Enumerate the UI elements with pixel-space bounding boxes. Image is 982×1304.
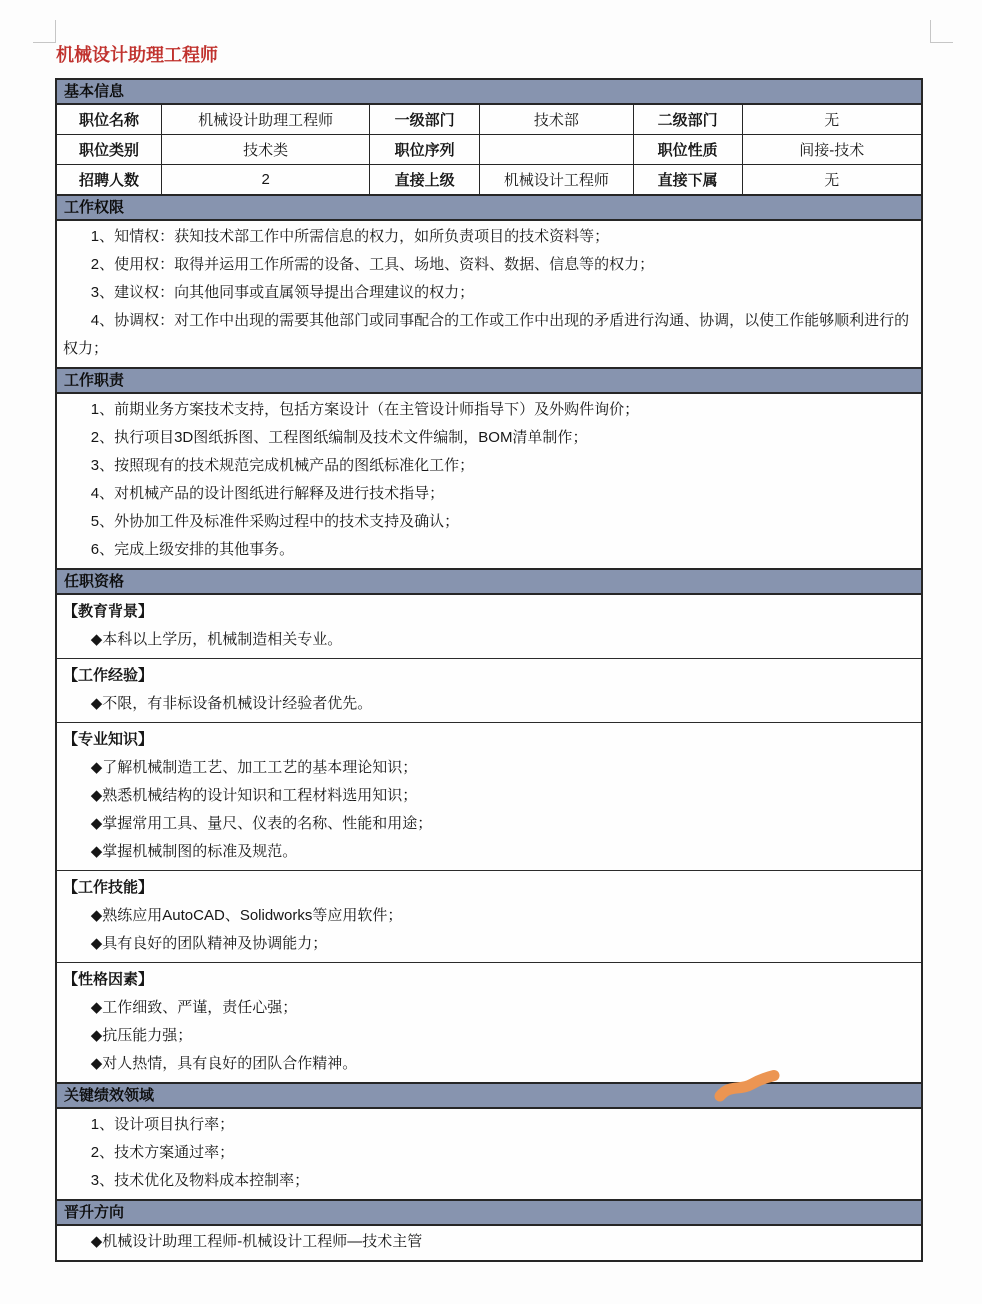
job-description-table: 基本信息 职位名称 机械设计助理工程师 一级部门 技术部 二级部门 无 职位类别…: [55, 78, 923, 1262]
section-header-kpi: 关键绩效领域: [57, 1082, 921, 1109]
duty-item: 6、完成上级安排的其他事务。: [63, 536, 915, 564]
duty-item: 1、前期业务方案技术支持，包括方案设计（在主管设计师指导下）及外购件询价；: [63, 396, 915, 424]
basic-info-table: 职位名称 机械设计助理工程师 一级部门 技术部 二级部门 无 职位类别 技术类 …: [57, 105, 921, 194]
cell-label-position-name: 职位名称: [57, 105, 162, 135]
diamond-bullet-icon: ◆: [91, 631, 103, 648]
cell-value-direct-subordinate: 无: [742, 165, 921, 195]
cell-value-position-category: 技术类: [162, 135, 370, 165]
section-header-basic-info: 基本信息: [57, 80, 921, 105]
diamond-bullet-icon: ◆: [91, 787, 103, 804]
qual-item: ◆工作细致、严谨，责任心强；: [63, 994, 915, 1022]
kpi-item: 1、设计项目执行率；: [63, 1111, 915, 1139]
authority-item: 3、建议权：向其他同事或直属领导提出合理建议的权力；: [63, 279, 915, 307]
diamond-bullet-icon: ◆: [91, 1055, 103, 1072]
qual-group-title: 【教育背景】: [63, 598, 915, 626]
cell-value-position-nature: 间接-技术: [742, 135, 921, 165]
duty-item: 5、外协加工件及标准件采购过程中的技术支持及确认；: [63, 508, 915, 536]
orange-highlight-marker-icon: [710, 1068, 784, 1106]
kpi-item: 2、技术方案通过率；: [63, 1139, 915, 1167]
job-duties-content: 1、前期业务方案技术支持，包括方案设计（在主管设计师指导下）及外购件询价； 2、…: [57, 394, 921, 568]
cell-value-level1-dept: 技术部: [479, 105, 633, 135]
duty-item: 2、执行项目3D图纸拆图、工程图纸编制及技术文件编制，BOM清单制作；: [63, 424, 915, 452]
promotion-item: ◆机械设计助理工程师-机械设计工程师—技术主管: [63, 1228, 915, 1256]
cell-value-position-sequence: [479, 135, 633, 165]
qual-group-title: 【专业知识】: [63, 726, 915, 754]
cell-value-level2-dept: 无: [742, 105, 921, 135]
cell-value-direct-superior: 机械设计工程师: [479, 165, 633, 195]
work-authority-content: 1、知情权：获知技术部工作中所需信息的权力，如所负责项目的技术资料等； 2、使用…: [57, 221, 921, 367]
table-row: 职位类别 技术类 职位序列 职位性质 间接-技术: [57, 135, 921, 165]
qual-block-knowledge: 【专业知识】 ◆了解机械制造工艺、加工工艺的基本理论知识； ◆熟悉机械结构的设计…: [57, 722, 921, 870]
qual-item-text: 对人热情，具有良好的团队合作精神。: [102, 1055, 357, 1072]
qual-group-title: 【工作经验】: [63, 662, 915, 690]
qual-block-experience: 【工作经验】 ◆不限，有非标设备机械设计经验者优先。: [57, 658, 921, 722]
cell-label-direct-superior: 直接上级: [370, 165, 480, 195]
cell-label-position-category: 职位类别: [57, 135, 162, 165]
qual-item-text: 了解机械制造工艺、加工工艺的基本理论知识；: [102, 759, 417, 776]
qual-block-education: 【教育背景】 ◆本科以上学历，机械制造相关专业。: [57, 595, 921, 658]
qual-item-text: 本科以上学历，机械制造相关专业。: [102, 631, 342, 648]
cell-label-headcount: 招聘人数: [57, 165, 162, 195]
qual-item: ◆掌握机械制图的标准及规范。: [63, 838, 915, 866]
diamond-bullet-icon: ◆: [91, 759, 103, 776]
diamond-bullet-icon: ◆: [91, 907, 103, 924]
qual-item-text: 掌握常用工具、量尺、仪表的名称、性能和用途；: [102, 815, 432, 832]
qual-item: ◆了解机械制造工艺、加工工艺的基本理论知识；: [63, 754, 915, 782]
promotion-item-text: 机械设计助理工程师-机械设计工程师—技术主管: [102, 1233, 422, 1250]
authority-item: 1、知情权：获知技术部工作中所需信息的权力，如所负责项目的技术资料等；: [63, 223, 915, 251]
qual-item-text: 熟悉机械结构的设计知识和工程材料选用知识；: [102, 787, 417, 804]
diamond-bullet-icon: ◆: [91, 999, 103, 1016]
authority-item: 2、使用权：取得并运用工作所需的设备、工具、场地、资料、数据、信息等的权力；: [63, 251, 915, 279]
qual-item-text: 熟练应用AutoCAD、Solidworks等应用软件；: [102, 907, 402, 924]
duty-item: 3、按照现有的技术规范完成机械产品的图纸标准化工作；: [63, 452, 915, 480]
qual-item: ◆熟练应用AutoCAD、Solidworks等应用软件；: [63, 902, 915, 930]
kpi-item: 3、技术优化及物料成本控制率；: [63, 1167, 915, 1195]
qual-item: ◆熟悉机械结构的设计知识和工程材料选用知识；: [63, 782, 915, 810]
table-row: 招聘人数 2 直接上级 机械设计工程师 直接下属 无: [57, 165, 921, 195]
qual-block-skills: 【工作技能】 ◆熟练应用AutoCAD、Solidworks等应用软件； ◆具有…: [57, 870, 921, 962]
section-header-work-authority: 工作权限: [57, 194, 921, 221]
page-title: 机械设计助理工程师: [56, 44, 218, 66]
crop-mark-top-right-icon: [930, 20, 953, 43]
qual-item: ◆不限，有非标设备机械设计经验者优先。: [63, 690, 915, 718]
diamond-bullet-icon: ◆: [91, 695, 103, 712]
qual-item-text: 具有良好的团队精神及协调能力；: [102, 935, 327, 952]
table-row: 职位名称 机械设计助理工程师 一级部门 技术部 二级部门 无: [57, 105, 921, 135]
qual-item-text: 工作细致、严谨，责任心强；: [102, 999, 297, 1016]
kpi-content: 1、设计项目执行率； 2、技术方案通过率； 3、技术优化及物料成本控制率；: [57, 1109, 921, 1199]
diamond-bullet-icon: ◆: [91, 843, 103, 860]
qual-item: ◆具有良好的团队精神及协调能力；: [63, 930, 915, 958]
section-header-job-duties: 工作职责: [57, 367, 921, 394]
qual-item-text: 抗压能力强；: [102, 1027, 192, 1044]
duty-item: 4、对机械产品的设计图纸进行解释及进行技术指导；: [63, 480, 915, 508]
diamond-bullet-icon: ◆: [91, 1233, 103, 1250]
cell-value-position-name: 机械设计助理工程师: [162, 105, 370, 135]
authority-item: 4、协调权：对工作中出现的需要其他部门或同事配合的工作或工作中出现的矛盾进行沟通…: [63, 307, 915, 363]
qual-group-title: 【性格因素】: [63, 966, 915, 994]
section-header-promotion: 晋升方向: [57, 1199, 921, 1226]
section-header-qualifications: 任职资格: [57, 568, 921, 595]
cell-label-level2-dept: 二级部门: [633, 105, 742, 135]
qual-item: ◆抗压能力强；: [63, 1022, 915, 1050]
cell-label-level1-dept: 一级部门: [370, 105, 480, 135]
qual-item-text: 掌握机械制图的标准及规范。: [102, 843, 297, 860]
qual-item-text: 不限，有非标设备机械设计经验者优先。: [102, 695, 372, 712]
qual-block-personality: 【性格因素】 ◆工作细致、严谨，责任心强； ◆抗压能力强； ◆对人热情，具有良好…: [57, 962, 921, 1082]
document-page: 机械设计助理工程师 基本信息 职位名称 机械设计助理工程师 一级部门 技术部 二…: [0, 0, 982, 1304]
cell-label-position-sequence: 职位序列: [370, 135, 480, 165]
qual-item: ◆掌握常用工具、量尺、仪表的名称、性能和用途；: [63, 810, 915, 838]
diamond-bullet-icon: ◆: [91, 935, 103, 952]
cell-label-direct-subordinate: 直接下属: [633, 165, 742, 195]
qual-item: ◆本科以上学历，机械制造相关专业。: [63, 626, 915, 654]
promotion-content: ◆机械设计助理工程师-机械设计工程师—技术主管: [57, 1226, 921, 1260]
diamond-bullet-icon: ◆: [91, 1027, 103, 1044]
cell-label-position-nature: 职位性质: [633, 135, 742, 165]
qual-item: ◆对人热情，具有良好的团队合作精神。: [63, 1050, 915, 1078]
qual-group-title: 【工作技能】: [63, 874, 915, 902]
cell-value-headcount: 2: [162, 165, 370, 195]
diamond-bullet-icon: ◆: [91, 815, 103, 832]
crop-mark-top-left-icon: [33, 20, 56, 43]
